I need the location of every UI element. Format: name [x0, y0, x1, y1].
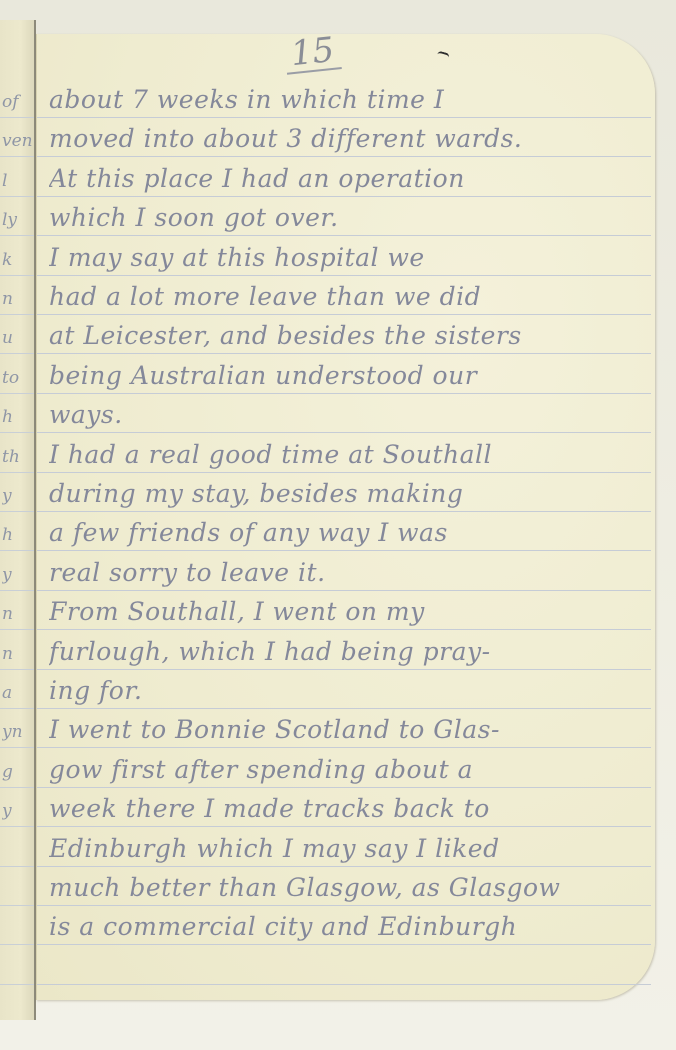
ruled-line: [0, 550, 34, 551]
previous-page-fragment: y: [2, 565, 32, 585]
handwritten-line: I went to Bonnie Scotland to Glas-: [49, 713, 647, 747]
previous-page-fragment: to: [2, 368, 32, 388]
ruled-line: [0, 944, 34, 945]
ruled-line: [37, 432, 651, 433]
previous-page-fragment: y: [2, 486, 32, 506]
ruled-line: [0, 432, 34, 433]
handwritten-line: real sorry to leave it.: [49, 556, 647, 590]
handwritten-line: about 7 weeks in which time I: [49, 83, 647, 117]
ruled-line: [0, 708, 34, 709]
ruled-line: [37, 550, 651, 551]
previous-page-edge: ofvenllyknutohthyhynnayngy: [0, 20, 36, 1020]
ruled-line: [37, 944, 651, 945]
previous-page-fragment: h: [2, 525, 32, 545]
ruled-line: [0, 393, 34, 394]
ruled-line: [37, 984, 651, 985]
previous-page-fragment: ly: [2, 210, 32, 230]
previous-page-fragment: y: [2, 801, 32, 821]
ruled-line: [37, 472, 651, 473]
handwritten-line: ways.: [49, 398, 647, 432]
previous-page-fragment: k: [2, 250, 32, 270]
ruled-line: [0, 353, 34, 354]
ruled-line: [37, 826, 651, 827]
ruled-line: [0, 590, 34, 591]
previous-page-fragment: th: [2, 447, 32, 467]
handwritten-line: which I soon got over.: [49, 201, 647, 235]
ruled-line: [0, 866, 34, 867]
handwritten-line: much better than Glasgow, as Glasgow: [49, 871, 647, 905]
ruled-line: [37, 511, 651, 512]
ruled-line: [0, 669, 34, 670]
previous-page-fragment: ven: [2, 131, 32, 151]
ruled-line: [37, 590, 651, 591]
previous-page-fragment: g: [2, 762, 32, 782]
handwritten-line: moved into about 3 different wards.: [49, 122, 647, 156]
ruled-line: [37, 905, 651, 906]
ruled-line: [37, 866, 651, 867]
previous-page-fragment: l: [2, 171, 32, 191]
binding-mark: [436, 51, 450, 62]
ruled-line: [0, 235, 34, 236]
ruled-line: [37, 708, 651, 709]
handwritten-line: furlough, which I had being pray-: [49, 635, 647, 669]
handwritten-line: during my stay, besides making: [49, 477, 647, 511]
ruled-line: [37, 275, 651, 276]
ruled-line: [37, 235, 651, 236]
ruled-line: [37, 393, 651, 394]
handwritten-line: had a lot more leave than we did: [49, 280, 647, 314]
ruled-line: [37, 787, 651, 788]
ruled-line: [37, 117, 651, 118]
previous-page-fragment: u: [2, 328, 32, 348]
handwritten-line: ing for.: [49, 674, 647, 708]
ruled-line: [0, 826, 34, 827]
handwritten-line: week there I made tracks back to: [49, 792, 647, 826]
ruled-line: [37, 353, 651, 354]
handwritten-line: From Southall, I went on my: [49, 595, 647, 629]
notebook-page: 15 about 7 weeks in which time Imoved in…: [36, 34, 655, 1000]
ruled-line: [0, 472, 34, 473]
ruled-line: [0, 747, 34, 748]
ruled-line: [0, 275, 34, 276]
handwritten-line: Edinburgh which I may say I liked: [49, 832, 647, 866]
previous-page-fragment: n: [2, 289, 32, 309]
previous-page-fragment: of: [2, 92, 32, 112]
previous-page-fragment: n: [2, 644, 32, 664]
page-number: 15: [283, 31, 342, 75]
previous-page-fragment: n: [2, 604, 32, 624]
ruled-line: [37, 196, 651, 197]
ruled-line: [37, 629, 651, 630]
ruled-line: [0, 984, 34, 985]
handwritten-line: at Leicester, and besides the sisters: [49, 319, 647, 353]
handwritten-line: is a commercial city and Edinburgh: [49, 910, 647, 944]
ruled-line: [0, 314, 34, 315]
ruled-line: [0, 117, 34, 118]
ruled-line: [37, 156, 651, 157]
ruled-line: [0, 156, 34, 157]
handwritten-line: I had a real good time at Southall: [49, 438, 647, 472]
ruled-line: [37, 747, 651, 748]
previous-page-fragment: a: [2, 683, 32, 703]
handwritten-line: I may say at this hospital we: [49, 241, 647, 275]
handwritten-line: gow first after spending about a: [49, 753, 647, 787]
previous-page-fragment: h: [2, 407, 32, 427]
ruled-line: [0, 511, 34, 512]
ruled-line: [37, 314, 651, 315]
ruled-line: [0, 629, 34, 630]
previous-page-fragment: yn: [2, 722, 32, 742]
handwritten-line: being Australian understood our: [49, 359, 647, 393]
ruled-line: [0, 196, 34, 197]
ruled-line: [0, 905, 34, 906]
handwritten-line: a few friends of any way I was: [49, 516, 647, 550]
ruled-line: [0, 787, 34, 788]
ruled-line: [37, 669, 651, 670]
handwritten-line: At this place I had an operation: [49, 162, 647, 196]
